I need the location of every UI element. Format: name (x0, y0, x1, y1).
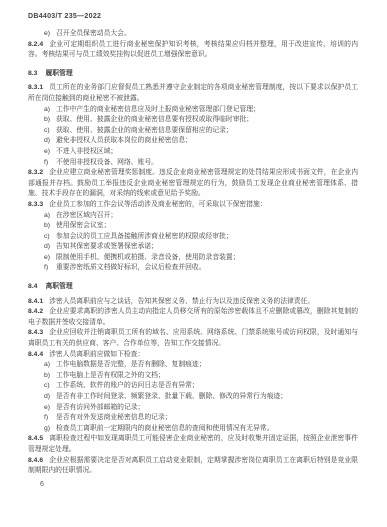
list-item-label: f) (44, 413, 56, 424)
list-item-label: b) (44, 371, 56, 382)
list-item-label: g) (44, 424, 56, 435)
item-list: a)在涉密区域内召开；b)使用保密会议室；c)参加会议的员工应具备接触所涉商业秘… (28, 211, 358, 275)
document-page: DB4403/T 235—2022 e)召开全员保密动员大会。8.2.4企业可定… (0, 0, 387, 527)
clause-text: 企业应根据需要决定是否对离职员工启动竞业限制，定期掌握涉密岗位离职员工在离职后特… (28, 457, 358, 475)
clause: 8.4.6企业应根据需要决定是否对离职员工启动竞业限制，定期掌握涉密岗位离职员工… (28, 456, 358, 477)
list-item-label: b) (44, 115, 56, 126)
list-item: b)获取、使用、披露企业的商业秘密信息要有授权或取得临时审批； (28, 115, 358, 126)
clause-number: 8.4.6 (28, 457, 43, 464)
list-item: e)不进入非授权区域； (28, 147, 358, 158)
list-item: d)是否有非工作时间登录、频繁登录、批量下载、删除、修改的异常行为痕迹； (28, 392, 358, 403)
clause-text: 企业员工参加的工作会议等活动涉及商业秘密的，可采取以下保密措施： (49, 201, 267, 208)
section-heading: 8.3履职管理 (28, 69, 358, 80)
list-item: f)重要涉密纸质文档做好标识，会议后检查并回收。 (28, 263, 358, 274)
clause-text: 企业应回收并注销离职员工所有的域名、应用系统、网络系统、门禁系统账号或访问权限，… (28, 329, 358, 347)
clause: 8.2.4企业可定期组织员工进行商业秘密保护知识考核，考核结果应归档并整理，用于… (28, 40, 358, 61)
clause: 8.4.2企业应要求离职的涉密人员主动向指定人员移交所有的原始涉密载体且不应删除… (28, 307, 358, 328)
list-item-label: a) (44, 105, 56, 116)
list-item: a)工作电脑数据是否完整，是否有删除、复制痕迹； (28, 360, 358, 371)
clause: 8.4.3企业应回收并注销离职员工所有的域名、应用系统、网络系统、门禁系统账号或… (28, 328, 358, 349)
list-item: a)在涉密区域内召开； (28, 211, 358, 222)
section-title: 履职管理 (45, 70, 72, 77)
clause-number: 8.4.1 (28, 298, 43, 305)
document-body: e)召开全员保密动员大会。8.2.4企业可定期组织员工进行商业秘密保护知识考核，… (28, 29, 358, 477)
list-item-label: a) (44, 211, 56, 222)
list-item-label: d) (44, 242, 56, 253)
list-item-text: 是否有对外发送商业秘密信息的记录； (56, 414, 172, 421)
list-item-text: 不使用非授权设备、网络、账号。 (56, 159, 158, 166)
section-number: 8.4 (28, 283, 37, 290)
list-item: b)使用保密会议室； (28, 221, 358, 232)
list-item-text: 是否有非工作时间登录、频繁登录、批量下载、删除、修改的异常行为痕迹； (56, 393, 287, 400)
list-item-text: 限制使用手机、便携机或拍摄、录音设备，使用防录音装置； (56, 254, 240, 261)
list-item-label: e) (44, 403, 56, 414)
list-item-text: 获取、使用、披露企业的商业秘密信息要保留相应的记录； (56, 127, 233, 134)
section-heading: 8.4离职管理 (28, 282, 358, 293)
list-item: a)工作中产生的商业秘密信息应及时上报商业秘密管理部门登记管理； (28, 105, 358, 116)
list-item-label: f) (44, 263, 56, 274)
clause: 8.4.1涉密人员离职前应与之谈话，告知其保密义务、禁止行为以及违反保密义务的法… (28, 297, 358, 308)
clause-number: 8.4.3 (28, 329, 43, 336)
list-item-text: 工作电脑数据是否完整，是否有删除、复制痕迹； (56, 361, 206, 368)
list-item-text: 获取、使用、披露企业的商业秘密信息要有授权或取得临时审批； (56, 116, 253, 123)
list-item-text: 重要涉密纸质文档做好标识，会议后检查并回收。 (56, 264, 206, 271)
list-item-text: 检查员工离职前一定期限内的商业秘密信息的查阅和使用情况有无异常。 (56, 425, 274, 432)
item-list: e)召开全员保密动员大会。 (28, 29, 358, 40)
clause: 8.3.1员工所在的业务部门应督促员工熟悉并遵守企业制定的各项商业秘密管理制度，… (28, 83, 358, 104)
list-item-label: f) (44, 158, 56, 169)
list-item-text: 使用保密会议室； (56, 222, 110, 229)
clause-text: 企业可定期组织员工进行商业秘密保护知识考核，考核结果应归档并整理，用于改进宣传、… (28, 41, 358, 59)
list-item: b)工作电脑上是否有权限之外的文档； (28, 371, 358, 382)
list-item-label: c) (44, 126, 56, 137)
list-item-label: e) (44, 147, 56, 158)
list-item: e)限制使用手机、便携机或拍摄、录音设备，使用防录音装置； (28, 253, 358, 264)
list-item-text: 不进入非授权区域； (56, 148, 117, 155)
clause-number: 8.2.4 (28, 41, 43, 48)
list-item-label: e) (44, 253, 56, 264)
clause: 8.4.4涉密人员离职前应做如下检查： (28, 350, 358, 361)
list-item-text: 工作中产生的商业秘密信息应及时上报商业秘密管理部门登记管理； (56, 106, 260, 113)
list-item-text: 避免非授权人员获取本岗位的商业秘密信息； (56, 137, 192, 144)
list-item-label: e) (44, 29, 56, 40)
list-item: f)是否有对外发送商业秘密信息的记录； (28, 413, 358, 424)
list-item-text: 工作系统、软件的账户的访问日志是否有异常； (56, 382, 199, 389)
clause: 8.3.3企业员工参加的工作会议等活动涉及商业秘密的，可采取以下保密措施： (28, 200, 358, 211)
clause-number: 8.4.5 (28, 435, 43, 442)
page-number: 6 (40, 481, 44, 488)
item-list: a)工作电脑数据是否完整，是否有删除、复制痕迹；b)工作电脑上是否有权限之外的文… (28, 360, 358, 434)
list-item-label: c) (44, 381, 56, 392)
list-item-label: d) (44, 392, 56, 403)
list-item-text: 工作电脑上是否有权限之外的文档； (56, 372, 165, 379)
list-item-text: 告知其保密要求或签署保密承诺； (56, 243, 158, 250)
section-number: 8.3 (28, 70, 37, 77)
clause-number: 8.4.4 (28, 351, 43, 358)
list-item-label: d) (44, 136, 56, 147)
list-item: c)工作系统、软件的账户的访问日志是否有异常； (28, 381, 358, 392)
list-item: g)检查员工离职前一定期限内的商业秘密信息的查阅和使用情况有无异常。 (28, 424, 358, 435)
list-item: e)召开全员保密动员大会。 (28, 29, 358, 40)
clause-text: 员工所在的业务部门应督促员工熟悉并遵守企业制定的各项商业秘密管理制度，按以下要求… (28, 84, 358, 102)
list-item-text: 召开全员保密动员大会。 (56, 30, 131, 37)
standard-number-header: DB4403/T 235—2022 (28, 13, 101, 20)
clause: 8.4.5离职检查过程中如发现离职员工可能侵害企业商业秘密的，应及时收集并固定证… (28, 434, 358, 455)
clause: 8.3.2企业应建立商业秘密管理奖惩制度。违反企业商业秘密管理规定的处罚结果应形… (28, 168, 358, 200)
list-item-label: b) (44, 221, 56, 232)
list-item-label: c) (44, 232, 56, 243)
clause-number: 8.3.2 (28, 169, 43, 176)
list-item-text: 参加会议的员工应具备接触所涉商业秘密的权限或经审批； (56, 233, 233, 240)
section-title: 离职管理 (45, 283, 72, 290)
clause-text: 涉密人员离职前应与之谈话，告知其保密义务、禁止行为以及违反保密义务的法律责任。 (49, 298, 314, 305)
clause-number: 8.3.3 (28, 201, 43, 208)
list-item-text: 是否有访问外部邮箱的记录； (56, 404, 144, 411)
list-item: c)参加会议的员工应具备接触所涉商业秘密的权限或经审批； (28, 232, 358, 243)
clause-number: 8.3.1 (28, 84, 43, 91)
list-item-text: 在涉密区域内召开； (56, 212, 117, 219)
clause-text: 企业应要求离职的涉密人员主动向指定人员移交所有的原始涉密载体且不应删除或篡改，删… (28, 308, 358, 326)
list-item-label: a) (44, 360, 56, 371)
item-list: a)工作中产生的商业秘密信息应及时上报商业秘密管理部门登记管理；b)获取、使用、… (28, 105, 358, 169)
list-item: e)是否有访问外部邮箱的记录； (28, 403, 358, 414)
list-item: d)避免非授权人员获取本岗位的商业秘密信息； (28, 136, 358, 147)
list-item: d)告知其保密要求或签署保密承诺； (28, 242, 358, 253)
list-item: f)不使用非授权设备、网络、账号。 (28, 158, 358, 169)
clause-text: 离职检查过程中如发现离职员工可能侵害企业商业秘密的，应及时收集并固定证据，按照企… (28, 435, 358, 453)
clause-text: 涉密人员离职前应做如下检查： (49, 351, 144, 358)
clause-number: 8.4.2 (28, 308, 43, 315)
list-item: c)获取、使用、披露企业的商业秘密信息要保留相应的记录； (28, 126, 358, 137)
clause-text: 企业应建立商业秘密管理奖惩制度。违反企业商业秘密管理规定的处罚结果应形成书面文件… (28, 169, 358, 197)
